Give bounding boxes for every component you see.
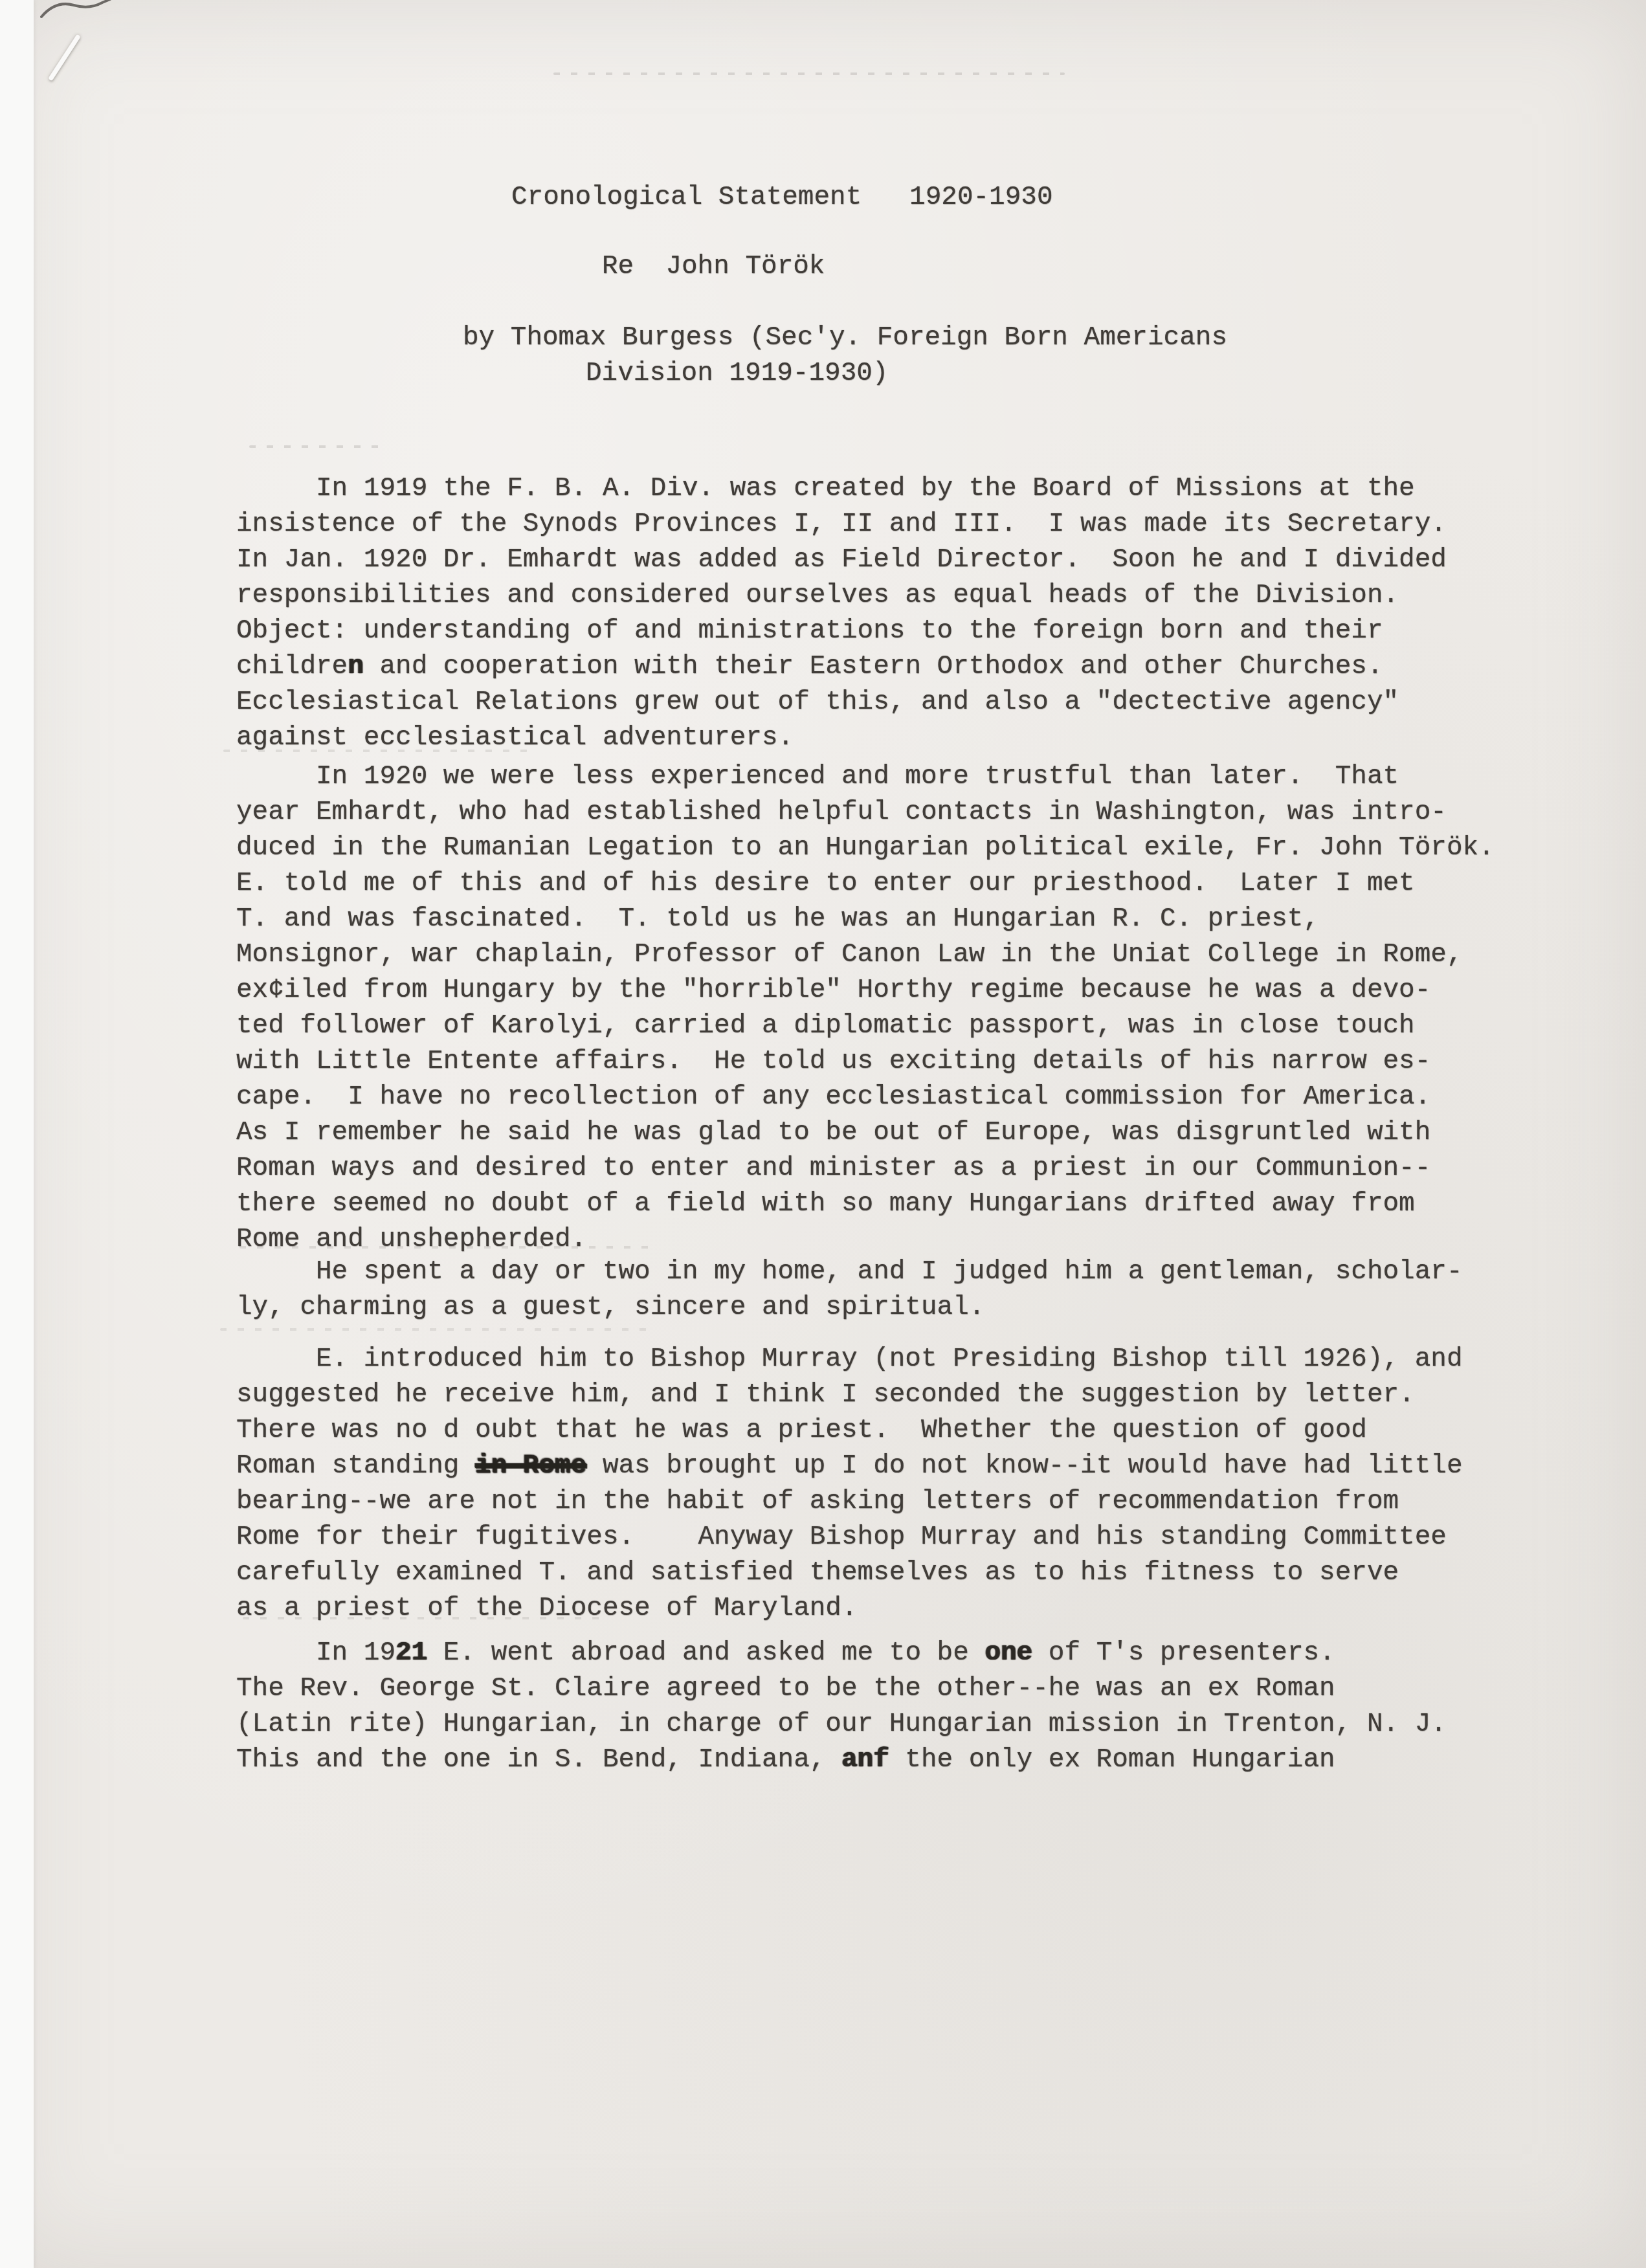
pencil-mark <box>38 0 122 25</box>
scan-artifact <box>249 445 388 448</box>
paper-crease <box>48 34 81 82</box>
document-title: Cronological Statement 1920-1930 <box>511 180 1053 216</box>
scan-artifact <box>220 1328 647 1331</box>
paragraph-2: In 1920 we were less experienced and mor… <box>236 759 1495 1258</box>
paragraph-3: He spent a day or two in my home, and I … <box>236 1254 1463 1326</box>
document-subject: Re John Török <box>602 249 825 285</box>
paragraph-5: In 1921 E. went abroad and asked me to b… <box>236 1636 1447 1778</box>
scanned-page: Cronological Statement 1920-1930 Re John… <box>0 0 1646 2268</box>
document-byline-continued: Division 1919-1930) <box>586 356 888 392</box>
scan-artifact <box>553 72 1065 75</box>
paragraph-4: E. introduced him to Bishop Murray (not … <box>236 1342 1463 1627</box>
document-byline: by Thomax Burgess (Sec'y. Foreign Born A… <box>463 320 1227 356</box>
paragraph-1: In 1919 the F. B. A. Div. was created by… <box>236 471 1447 756</box>
scanner-edge-strip <box>0 0 34 2268</box>
